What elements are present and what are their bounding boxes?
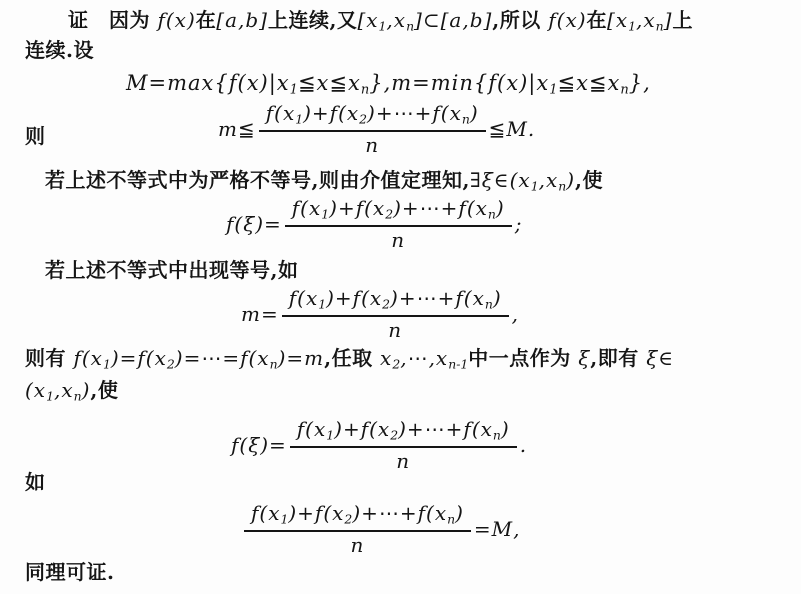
math-run: ): [496, 196, 505, 220]
math-run: m≦: [218, 117, 256, 141]
math-run: [x: [357, 8, 378, 32]
math-run: ∃ξ∈(x: [470, 168, 531, 192]
math-run: 2: [167, 356, 175, 371]
math-run: )+⋯+f(x: [367, 101, 462, 125]
fraction-numerator: f(x1)+f(x2)+⋯+f(xn): [282, 287, 509, 317]
math-run: n: [620, 83, 628, 98]
equation-minmax: M=max{f(x)|x1≦x≦xn},m=min{f(x)|x1≦x≦xn},: [126, 71, 651, 99]
fraction-numerator: f(x1)+f(x2)+⋯+f(xn): [259, 102, 486, 132]
equation-xi-strict-right: ;: [515, 213, 523, 236]
proof-paragraph6: 同理可证.: [25, 560, 114, 585]
text-run: 则有: [25, 346, 73, 370]
math-run: n: [388, 318, 402, 342]
equation-xi-strict-left: f(ξ)=: [226, 213, 282, 236]
text-run: 若上述不等式中为严格不等号,则由介值定理知,: [45, 168, 470, 192]
math-run: 1: [531, 178, 539, 193]
proof-paragraph1-line2: 连续.设: [25, 38, 94, 63]
proof-paragraph5: 如: [25, 470, 46, 495]
math-run: n: [270, 356, 278, 371]
math-run: f(x: [251, 501, 280, 525]
equation-xi-equal-right: .: [520, 434, 527, 457]
math-run: .: [520, 433, 527, 457]
math-run: 1: [628, 18, 636, 33]
text-run: ,任取: [324, 346, 380, 370]
math-run: f(x: [297, 417, 326, 441]
math-run: )+⋯+f(x: [393, 196, 488, 220]
equation-m-equal: m= f(x1)+f(x2)+⋯+f(xn) n ,: [241, 287, 519, 342]
math-run: ,⋯,x: [400, 346, 448, 370]
fraction: f(x1)+f(x2)+⋯+f(xn) n: [290, 418, 517, 473]
math-run: ]⊂[a,b]: [414, 8, 492, 32]
math-run: n: [391, 228, 405, 252]
math-run: n: [656, 18, 664, 33]
proof-paragraph4-line2: (x1,xn),使: [25, 378, 118, 408]
math-run: M=max{f(x)|x: [126, 71, 290, 95]
math-run: ≦x≦x: [298, 71, 361, 95]
fraction-numerator: f(x1)+f(x2)+⋯+f(xn): [285, 197, 512, 227]
math-run: n: [406, 18, 414, 33]
text-run: 在: [196, 8, 217, 32]
text-run: 中一点作为: [468, 346, 578, 370]
text-run: 证: [68, 8, 89, 32]
text-run: ,即有: [590, 346, 646, 370]
fraction-denominator: n: [391, 227, 405, 252]
math-run: )+f(x: [288, 501, 344, 525]
equation-M-equal: f(x1)+f(x2)+⋯+f(xn) n =M,: [241, 502, 521, 557]
math-run: 1: [290, 83, 298, 98]
math-run: ,: [512, 302, 519, 326]
math-run: 1: [46, 388, 54, 403]
math-run: f(x): [548, 8, 586, 32]
equation-xi-equal: f(ξ)= f(x1)+f(x2)+⋯+f(xn) n .: [231, 418, 527, 473]
math-run: f(x: [266, 101, 295, 125]
fraction-denominator: n: [351, 532, 365, 557]
fraction: f(x1)+f(x2)+⋯+f(xn) n: [259, 102, 486, 157]
math-run: [a,b]: [216, 8, 268, 32]
math-run: )=⋯=f(x: [175, 346, 270, 370]
proof-paragraph2: 若上述不等式中为严格不等号,则由介值定理知,∃ξ∈(x1,xn),使: [25, 168, 603, 198]
math-run: f(ξ)=: [231, 433, 287, 457]
math-run: )+⋯+f(x: [398, 417, 493, 441]
fraction-numerator: f(x1)+f(x2)+⋯+f(xn): [244, 502, 471, 532]
math-run: 1: [103, 356, 111, 371]
math-run: ξ: [578, 346, 590, 370]
math-run: m=: [241, 302, 279, 326]
proof-paragraph4-line1: 则有 f(x1)=f(x2)=⋯=f(xn)=m,任取 x2,⋯,xn-1中一点…: [25, 346, 674, 376]
text-run: ,所以: [492, 8, 548, 32]
equation-bounds: m≦ f(x1)+f(x2)+⋯+f(xn) n ≦M.: [218, 102, 535, 157]
math-run: )+⋯+f(x: [390, 286, 485, 310]
math-run: ): [566, 168, 575, 192]
math-run: },: [629, 71, 651, 95]
math-run: n: [365, 133, 379, 157]
math-run: f(x: [292, 196, 321, 220]
math-run: n: [447, 511, 455, 526]
equation-m-equal-left: m=: [241, 303, 279, 326]
math-run: 2: [385, 206, 393, 221]
math-run: )=m: [278, 346, 325, 370]
equation-bounds-right: ≦M.: [489, 118, 536, 141]
text-run: ,使: [575, 168, 603, 192]
math-run: f(x: [73, 346, 102, 370]
math-run: )+f(x: [303, 101, 359, 125]
math-run: ,x: [539, 168, 559, 192]
math-run: ): [470, 101, 479, 125]
equation-xi-strict: f(ξ)= f(x1)+f(x2)+⋯+f(xn) n ;: [226, 197, 522, 252]
fraction-denominator: n: [388, 317, 402, 342]
document-page: 证 因为 f(x)在[a,b]上连续,又[x1,xn]⊂[a,b],所以 f(x…: [0, 0, 801, 594]
math-run: f(ξ)=: [226, 212, 282, 236]
math-run: n: [396, 449, 410, 473]
math-run: ,x: [54, 378, 74, 402]
math-run: n: [74, 388, 82, 403]
math-run: ,x: [386, 8, 406, 32]
equation-minmax-body: M=max{f(x)|x1≦x≦xn},m=min{f(x)|x1≦x≦xn},: [126, 71, 651, 99]
fraction: f(x1)+f(x2)+⋯+f(xn) n: [285, 197, 512, 252]
proof-paragraph3: 若上述不等式中出现等号,如: [25, 258, 298, 283]
math-run: ,x: [636, 8, 656, 32]
math-run: )+⋯+f(x: [352, 501, 447, 525]
math-run: f(x): [157, 8, 195, 32]
text-run: 上连续,又: [268, 8, 357, 32]
math-run: [x: [607, 8, 628, 32]
math-run: n: [462, 111, 470, 126]
equation-M-equal-right: =M,: [474, 518, 521, 541]
equation-m-equal-right: ,: [512, 303, 519, 326]
math-run: 1: [295, 111, 303, 126]
math-run: )=f(x: [111, 346, 167, 370]
fraction: f(x1)+f(x2)+⋯+f(xn) n: [282, 287, 509, 342]
text-run: 上: [672, 8, 693, 32]
math-run: n: [493, 427, 501, 442]
then-label: 则: [25, 120, 45, 149]
math-run: f(x: [289, 286, 318, 310]
math-run: },m=min{f(x)|x: [369, 71, 549, 95]
math-run: 2: [390, 427, 398, 442]
math-run: n: [361, 83, 369, 98]
math-run: n: [485, 296, 493, 311]
math-run: n: [351, 533, 365, 557]
math-run: ): [493, 286, 502, 310]
math-run: )+f(x: [326, 286, 382, 310]
text-run: 因为: [89, 8, 158, 32]
equation-xi-equal-left: f(ξ)=: [231, 434, 287, 457]
math-run: )+f(x: [334, 417, 390, 441]
math-run: 1: [326, 427, 334, 442]
text-run: ,使: [90, 378, 118, 402]
math-run: 2: [382, 296, 390, 311]
fraction-denominator: n: [365, 132, 379, 157]
math-run: 1: [318, 296, 326, 311]
fraction: f(x1)+f(x2)+⋯+f(xn) n: [244, 502, 471, 557]
fraction-denominator: n: [396, 448, 410, 473]
math-run: n-1: [448, 356, 468, 371]
math-run: ;: [515, 212, 523, 236]
math-run: 1: [321, 206, 329, 221]
math-run: 2: [359, 111, 367, 126]
math-run: =M,: [474, 517, 521, 541]
math-run: x: [380, 346, 392, 370]
math-run: )+f(x: [329, 196, 385, 220]
math-run: ≦x≦x: [557, 71, 620, 95]
text-run: 在: [587, 8, 608, 32]
math-run: (x: [25, 378, 46, 402]
proof-paragraph1-line1: 证 因为 f(x)在[a,b]上连续,又[x1,xn]⊂[a,b],所以 f(x…: [25, 8, 791, 38]
math-run: ≦M.: [489, 117, 536, 141]
equation-bounds-left: m≦: [218, 118, 256, 141]
math-run: n: [488, 206, 496, 221]
math-run: ): [501, 417, 510, 441]
math-run: ): [455, 501, 464, 525]
fraction-numerator: f(x1)+f(x2)+⋯+f(xn): [290, 418, 517, 448]
math-run: ξ∈: [646, 346, 674, 370]
